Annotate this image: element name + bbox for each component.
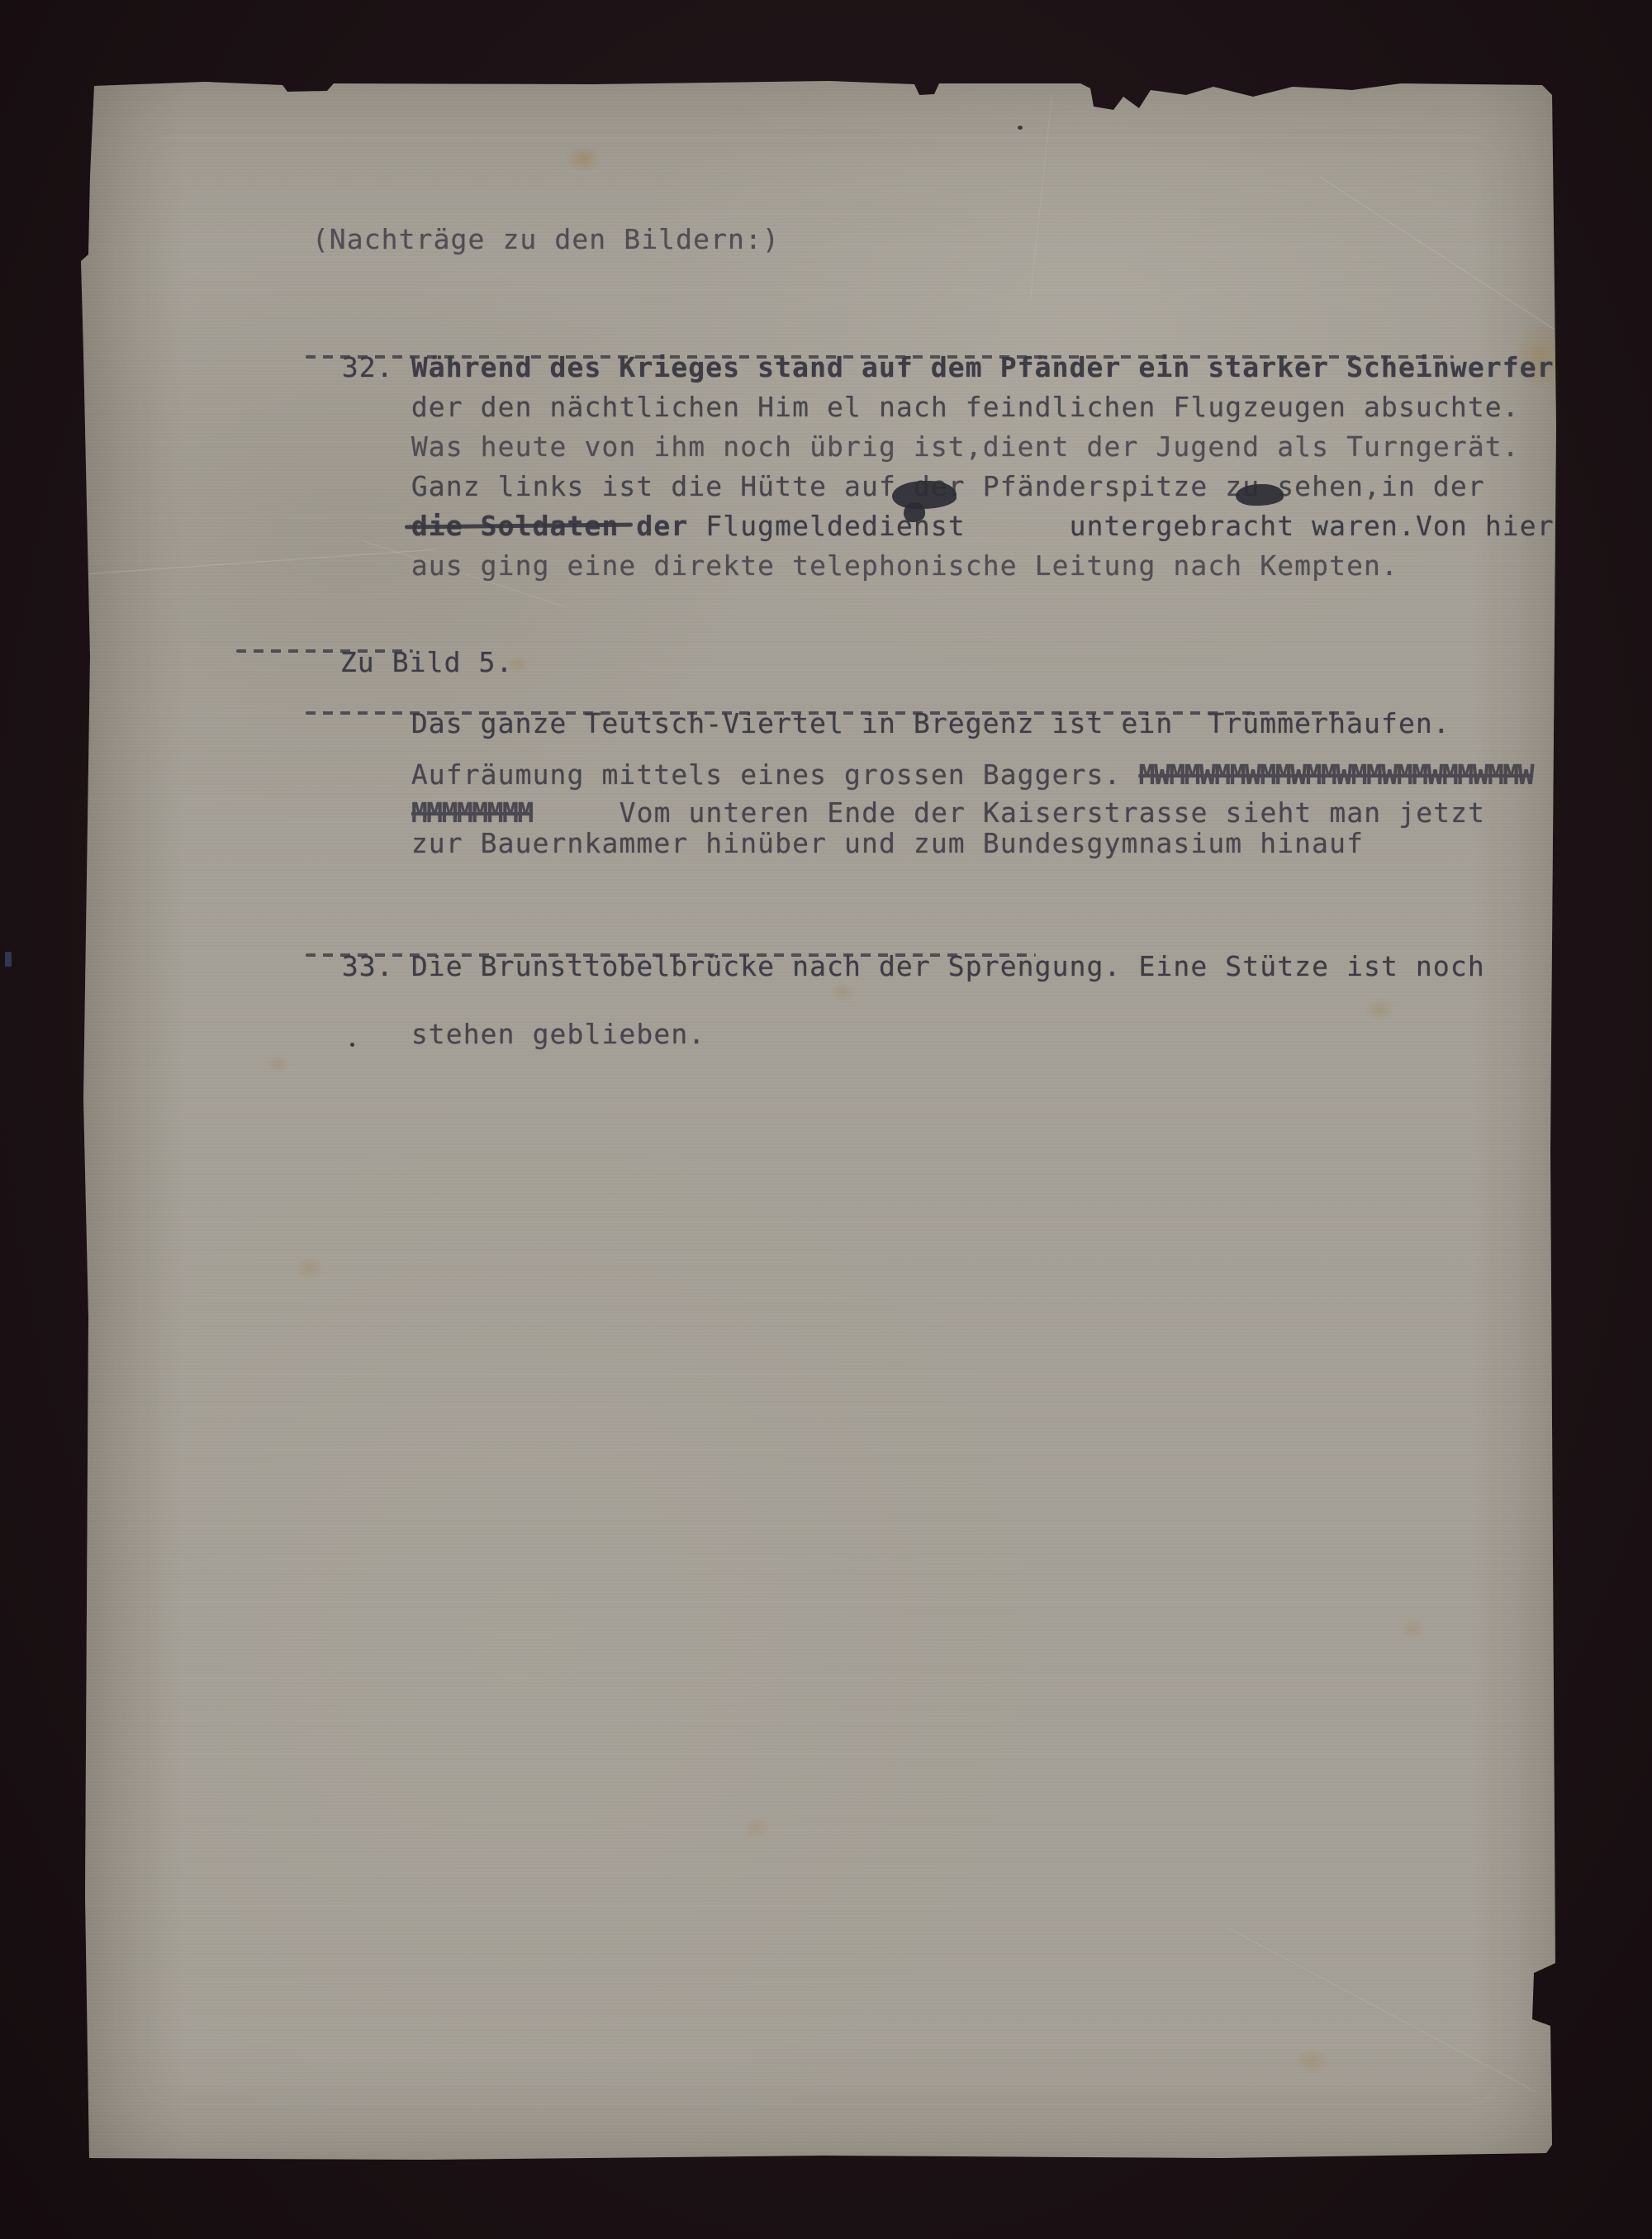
paper-sheet: (Nachträge zu den Bildern:) 32. Während …	[81, 78, 1559, 2165]
typed-underline	[306, 711, 1355, 715]
ink-blot	[892, 481, 957, 509]
typed-text: stehen geblieben.	[411, 1018, 705, 1050]
typed-text: zur Bauernkammer hinüber und zum Bundesg…	[411, 827, 1364, 859]
bild5-line-4: zur Bauernkammer hinüber und zum Bundesg…	[307, 794, 1364, 893]
paper-crease	[1229, 1928, 1536, 2093]
typed-text: aus ging eine direkte telephonische Leit…	[411, 549, 1398, 582]
ink-blot	[1236, 484, 1284, 506]
typed-heading: (Nachträge zu den Bildern:)	[208, 190, 780, 289]
paper-stain	[564, 145, 602, 173]
entry-32-line-6: aus ging eine direkte telephonische Leit…	[307, 516, 1398, 616]
heading-text: (Nachträge zu den Bildern:)	[312, 223, 780, 255]
typed-underline	[306, 953, 1036, 957]
paper-stain	[266, 1054, 291, 1074]
background-fiber	[5, 952, 12, 967]
paper-stain	[1294, 2047, 1330, 2075]
ink-speck	[1018, 126, 1023, 130]
paper-stain	[1399, 1618, 1426, 1639]
paper-stain	[294, 1256, 325, 1281]
typed-underline	[236, 649, 413, 653]
paper-crease	[1030, 95, 1053, 301]
paper-stain	[742, 1816, 771, 1839]
paper-crease	[1319, 177, 1569, 340]
entry-33-line-2: stehen geblieben.	[307, 985, 705, 1084]
scan-background: (Nachträge zu den Bildern:) 32. Während …	[0, 0, 1652, 2239]
